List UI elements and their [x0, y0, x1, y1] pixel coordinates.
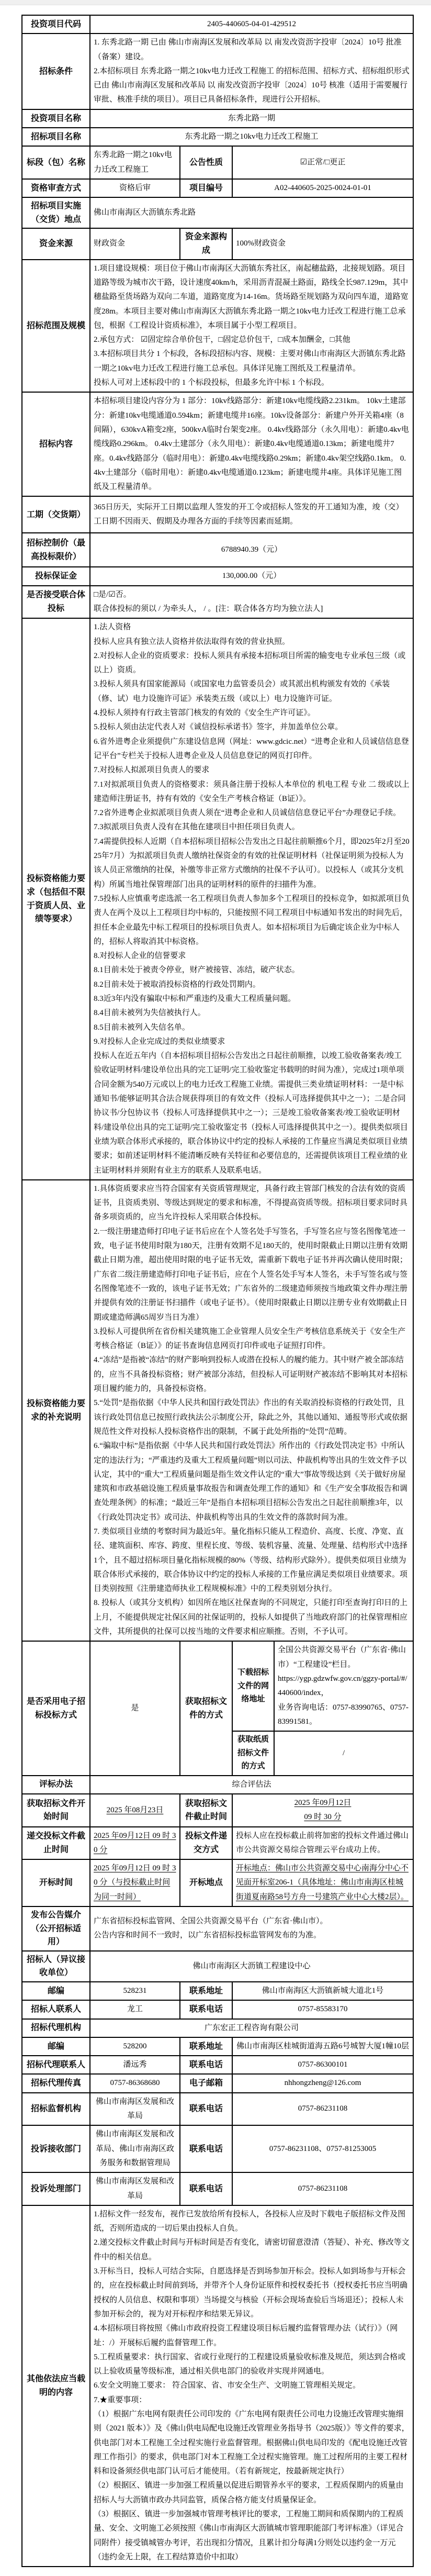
top-strip	[0, 0, 431, 5]
row-funding: 资金来源 财政资金 资金来源构成 100%财政资金	[22, 228, 413, 259]
row-agency-fax: 招标代理传真 0757-86368680 电子邮箱 nhhongzheng@12…	[22, 2074, 413, 2092]
announcement-media-label: 发布公告媒介（公开招标适用）	[22, 1906, 90, 1951]
row-complaint-receive: 投诉接收部门 佛山市南海区发展和改革局、佛山市南海区政务服务和数据管理局 联系电…	[22, 2125, 413, 2172]
consortium-value: □是/☑否。 联合体投标的须以 / 为牵头人， / 。[注：联合体各方均为独立法…	[90, 586, 413, 619]
complaint-receive-phone-label: 联系电话	[180, 2125, 232, 2172]
announcement-nature-value: ☑正常/□更正	[232, 146, 413, 179]
complaint-receive-value: 佛山市南海区发展和改革局、佛山市南海区政务服务和数据管理局	[90, 2125, 180, 2172]
tender-content-label: 招标内容	[22, 392, 90, 496]
tenderer-phone-value: 0757-85583170	[232, 2000, 413, 2019]
agency-fax-label: 招标代理传真	[22, 2074, 90, 2092]
paper-documents-value: /	[274, 1731, 413, 1776]
row-supervision: 招标监督机构 佛山市南海区发展和改革局 联系电话 0757-86231108	[22, 2093, 413, 2126]
investment-name-label: 投资项目名称	[22, 109, 90, 128]
row-obtain-time: 获取招标文件开始时间 2025 年08月23日 获取招标文件截止时间 2025 …	[22, 1794, 413, 1827]
consortium-label: 是否接受联合体投标	[22, 586, 90, 619]
electronic-bidding-value: 是	[90, 1641, 180, 1775]
funding-composition-label: 资金来源构成	[180, 228, 232, 259]
row-announcement-media: 发布公告媒介（公开招标适用） 广东省招标投标监管网、全国公共资源交易平台（广东省…	[22, 1906, 413, 1951]
supervision-phone-label: 联系电话	[180, 2093, 232, 2126]
agency-phone-value: 0757-86300101	[232, 2056, 413, 2074]
agency-fax-value: 0757-86368680	[90, 2074, 180, 2092]
investment-code-label: 投资项目代码	[22, 15, 90, 34]
row-duration: 工期（交货期） 365日历天，实际开工日期以监理人签发的开工令或招标人签发的开工…	[22, 496, 413, 533]
row-evaluation-method: 评标办法 综合评估法	[22, 1776, 413, 1794]
section-name-value: 东秀北路一期之10kv电力迁改工程施工	[90, 146, 180, 179]
funding-source-value: 财政资金	[90, 228, 180, 259]
scope-label: 招标范围及规模	[22, 260, 90, 393]
tenderer-phone-label: 联系电话	[180, 2000, 232, 2019]
row-investment-name: 投资项目名称 东秀北路一期	[22, 109, 413, 128]
opening-time-value: 2025 年09月12日 09 时 30 分（与投标截止时间为同一时间）	[90, 1859, 180, 1906]
row-qualification-supplement: 投标资格能力要求的补充说明 1.具体资质要求应当符合国家有关资质管理规定，具备行…	[22, 1180, 413, 1642]
announcement-media-value: 广东省招标投标监管网、全国公共资源交易平台（广东省·佛山市）。 公告内容和时间不…	[90, 1906, 413, 1951]
evaluation-method-label: 评标办法	[22, 1776, 90, 1794]
row-section-name: 标段（包）名称 东秀北路一期之10kv电力迁改工程施工 公告性质 ☑正常/□更正	[22, 146, 413, 179]
tender-content-value: 本招标项目建设内容分为 1 部分：10kv线路部分：新建10kv电缆线路2.23…	[90, 392, 413, 496]
row-tenderer: 招标人（异议接收单位） 佛山市南海区大沥镇工程建设中心	[22, 1951, 413, 1982]
tenderer-value: 佛山市南海区大沥镇工程建设中心	[90, 1951, 413, 1982]
row-submission-deadline: 递交投标文件截止时间 2025 年09月12日 09 时 30 分 投标文件递交…	[22, 1827, 413, 1860]
investment-code-value: 2405-440605-04-01-429512	[90, 15, 413, 34]
row-complaint-handle: 投诉处理部门 佛山市南海区发展和改革局 联系电话 0757-86231108	[22, 2172, 413, 2205]
tenderer-address-label: 联系地址	[180, 1982, 232, 2000]
tenderer-contact-value: 龙工	[90, 2000, 180, 2019]
agency-address-label: 联系地址	[180, 2037, 232, 2056]
row-electronic-bidding: 是否采用电子招标投标方式 是 获取招标文件的方式 下载招标文件的网络地址 全国公…	[22, 1641, 413, 1731]
funding-source-label: 资金来源	[22, 228, 90, 259]
row-investment-code: 投资项目代码 2405-440605-04-01-429512	[22, 15, 413, 34]
tenderer-postcode-label: 邮编	[22, 1982, 90, 2000]
supervision-label: 招标监督机构	[22, 2093, 90, 2126]
tenderer-label: 招标人（异议接收单位）	[22, 1951, 90, 1982]
tenderer-contact-label: 招标人联系人	[22, 2000, 90, 2019]
announcement-nature-label: 公告性质	[180, 146, 232, 179]
supervision-value: 佛山市南海区发展和改革局	[90, 2093, 180, 2126]
qualification-requirements-value: 1.法人资格 投标人应具有独立法人资格并依法取得有效的营业执照。 2.对投标人企…	[90, 618, 413, 1180]
submission-method-value: 投标人应在投标截止前将加密的投标文件通过佛山市公共资源交易综合管理云平台成功上传…	[232, 1827, 413, 1860]
agency-label: 招标代理机构	[22, 2019, 90, 2037]
row-content: 招标内容 本招标项目建设内容分为 1 部分：10kv线路部分：新建10kv电缆线…	[22, 392, 413, 496]
project-name-label: 招标项目名称	[22, 128, 90, 146]
control-price-value: 6788940.39（元）	[90, 533, 413, 567]
row-consortium: 是否接受联合体投标 □是/☑否。 联合体投标的须以 / 为牵头人， / 。[注：…	[22, 586, 413, 619]
row-tenderer-contact: 招标人联系人 龙工 联系电话 0757-85583170	[22, 2000, 413, 2019]
row-scope: 招标范围及规模 1.项目建设规模：项目位于佛山市南海区大沥镇东秀社区，南起穗盐路…	[22, 260, 413, 393]
obtain-end-value: 2025 年09月12日 09 时 30 分	[232, 1794, 413, 1827]
submission-method-label: 投标文件递交方式	[180, 1827, 232, 1860]
location-value: 佛山市南海区大沥镇东秀北路	[90, 197, 413, 228]
opening-place-label: 开标地点	[180, 1859, 232, 1906]
submission-deadline-value: 2025 年09月12日 09 时 30 分	[90, 1827, 180, 1860]
bid-bond-label: 投标保证金	[22, 567, 90, 585]
agency-value: 广东宏正工程咨询有限公司	[90, 2019, 413, 2037]
submission-deadline-label: 递交投标文件截止时间	[22, 1827, 90, 1860]
investment-name-value: 东秀北路一期	[90, 109, 413, 128]
row-agency-contact: 招标代理联系人 潘远秀 联系电话 0757-86300101	[22, 2056, 413, 2074]
row-project-name: 招标项目名称 东秀北路一期之10kv电力迁改工程施工	[22, 128, 413, 146]
qualification-supplement-value: 1.具体资质要求应当符合国家有关资质管理规定，具备行政主管部门核发的合法有效的资…	[90, 1180, 413, 1642]
agency-phone-label: 联系电话	[180, 2056, 232, 2074]
tender-announcement-page: 投资项目代码 2405-440605-04-01-429512 招标条件 1. …	[0, 0, 431, 2567]
tenderer-address-value: 佛山市南海区大沥镇新城大道北1号	[232, 1982, 413, 2000]
bid-bond-value: 130,000.00（元）	[90, 567, 413, 585]
obtain-start-label: 获取招标文件开始时间	[22, 1794, 90, 1827]
other-content-label: 其他依法应当载明的内容	[22, 2205, 90, 2567]
qualification-requirements-label: 投标资格能力要求（包括但不限于资质人员、业绩等要求）	[22, 618, 90, 1180]
row-opening: 开标时间 2025 年09月12日 09 时 30 分（与投标截止时间为同一时间…	[22, 1859, 413, 1906]
agency-postcode-value: 528200	[90, 2037, 180, 2056]
complaint-handle-phone-value: 0757-86231108	[232, 2172, 413, 2205]
location-label: 招标项目实施（交货）地点	[22, 197, 90, 228]
tender-conditions-value: 1. 东秀北路一期 已由 佛山市南海区发展和改革局 以 南发改资沥字投审〔202…	[90, 34, 413, 109]
complaint-handle-label: 投诉处理部门	[22, 2172, 90, 2205]
tender-conditions-label: 招标条件	[22, 34, 90, 109]
tender-announcement-table: 投资项目代码 2405-440605-04-01-429512 招标条件 1. …	[21, 15, 414, 2567]
row-qualification-review: 资格审查方式 资格后审 项目编号 A02-440605-2025-0024-01…	[22, 179, 413, 197]
complaint-receive-phone-value: 0757-86231108、0757-81253005	[232, 2125, 413, 2172]
complaint-receive-label: 投诉接收部门	[22, 2125, 90, 2172]
agency-postcode-label: 邮编	[22, 2037, 90, 2056]
evaluation-method-value: 综合评估法	[90, 1776, 413, 1794]
row-agency: 招标代理机构 广东宏正工程咨询有限公司	[22, 2019, 413, 2037]
row-other-content: 其他依法应当载明的内容 1.招标文件一经发布，视作已发放给所有投标人，各投标人应…	[22, 2205, 413, 2567]
qualification-supplement-label: 投标资格能力要求的补充说明	[22, 1180, 90, 1642]
project-number-value: A02-440605-2025-0024-01-01	[232, 179, 413, 197]
agency-contact-label: 招标代理联系人	[22, 2056, 90, 2074]
complaint-handle-value: 佛山市南海区发展和改革局	[90, 2172, 180, 2205]
row-tender-conditions: 招标条件 1. 东秀北路一期 已由 佛山市南海区发展和改革局 以 南发改资沥字投…	[22, 34, 413, 109]
row-location: 招标项目实施（交货）地点 佛山市南海区大沥镇东秀北路	[22, 197, 413, 228]
row-agency-postcode: 邮编 528200 联系地址 佛山市南海区桂城街道海五路6号城智大厦1幢10层	[22, 2037, 413, 2056]
scope-value: 1.项目建设规模：项目位于佛山市南海区大沥镇东秀社区，南起穗盐路，北接规划路。项…	[90, 260, 413, 393]
download-url-value: 全国公共资源交易平台（广东省·佛山市）“工程建设”栏目。 https://ygp…	[274, 1641, 413, 1731]
funding-composition-value: 100%财政资金	[232, 228, 413, 259]
opening-time-label: 开标时间	[22, 1859, 90, 1906]
agency-address-value: 佛山市南海区桂城街道海五路6号城智大厦1幢10层	[232, 2037, 413, 2056]
supervision-phone-value: 0757-86231108	[232, 2093, 413, 2126]
download-url-label: 下载招标文件的网络地址	[232, 1641, 274, 1731]
obtain-start-value: 2025 年08月23日	[90, 1794, 180, 1827]
row-qualification-requirements: 投标资格能力要求（包括但不限于资质人员、业绩等要求） 1.法人资格 投标人应具有…	[22, 618, 413, 1180]
qualification-review-value: 资格后审	[90, 179, 180, 197]
duration-value: 365日历天，实际开工日期以监理人签发的开工令或招标人签发的开工通知为准，竣（交…	[90, 496, 413, 533]
agency-email-label: 电子邮箱	[180, 2074, 232, 2092]
other-content-value: 1.招标文件一经发布，视作已发放给所有投标人，各投标人应及时下载电子版招标文件及…	[90, 2205, 413, 2567]
electronic-bidding-label: 是否采用电子招标投标方式	[22, 1641, 90, 1775]
qualification-review-label: 资格审查方式	[22, 179, 90, 197]
obtain-end-label: 获取招标文件截止时间	[180, 1794, 232, 1827]
opening-place-value: 开标地点：佛山市公共资源交易中心南海分中心不见面开标室206-1（具体地址：佛山…	[232, 1859, 413, 1906]
project-number-label: 项目编号	[180, 179, 232, 197]
tenderer-postcode-value: 528231	[90, 1982, 180, 2000]
obtain-documents-label: 获取招标文件的方式	[180, 1641, 232, 1775]
paper-documents-label: 获取纸质招标文件的方式	[232, 1731, 274, 1776]
section-name-label: 标段（包）名称	[22, 146, 90, 179]
row-tenderer-postcode: 邮编 528231 联系地址 佛山市南海区大沥镇新城大道北1号	[22, 1982, 413, 2000]
row-bid-bond: 投标保证金 130,000.00（元）	[22, 567, 413, 585]
project-name-value: 东秀北路一期之10kv电力迁改工程施工	[90, 128, 413, 146]
agency-contact-value: 潘远秀	[90, 2056, 180, 2074]
control-price-label: 招标控制价（最高投标限价）	[22, 533, 90, 567]
complaint-handle-phone-label: 联系电话	[180, 2172, 232, 2205]
agency-email-value: nhhongzheng@126.com	[232, 2074, 413, 2092]
row-control-price: 招标控制价（最高投标限价） 6788940.39（元）	[22, 533, 413, 567]
duration-label: 工期（交货期）	[22, 496, 90, 533]
